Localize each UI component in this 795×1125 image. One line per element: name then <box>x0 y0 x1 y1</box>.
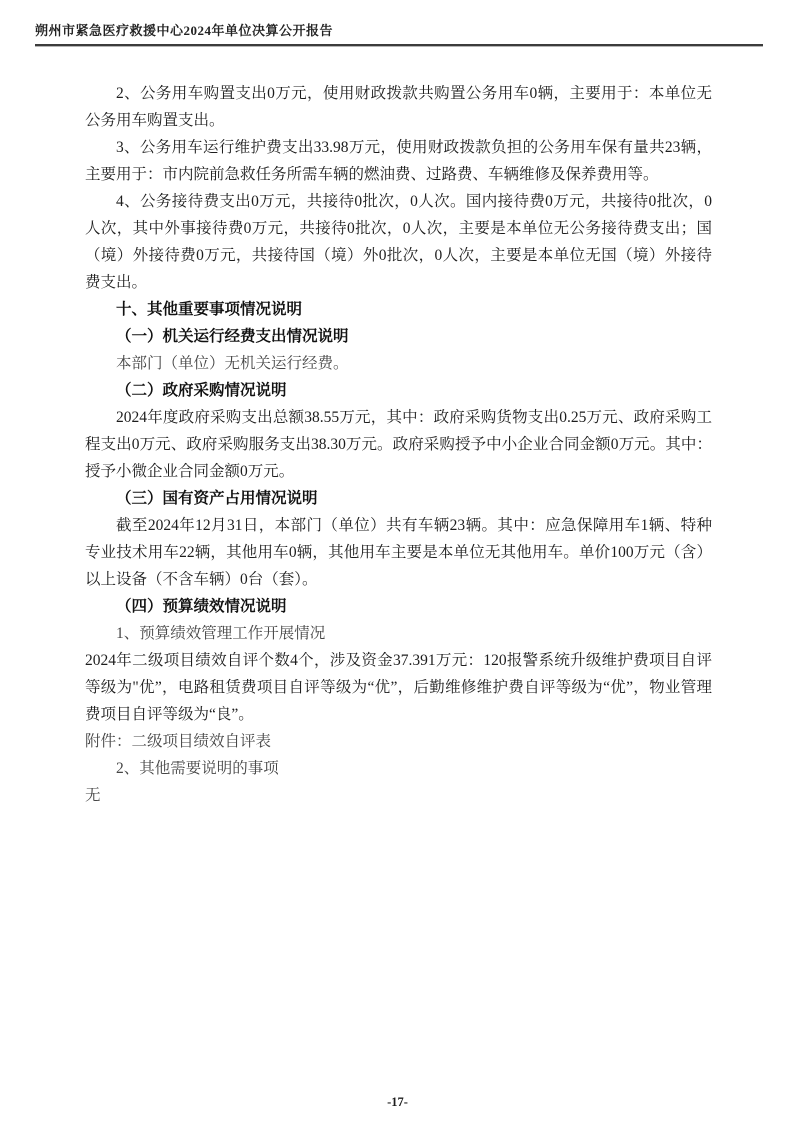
paragraph-none: 无 <box>85 782 712 809</box>
paragraph-state-assets-detail: 截至2024年12月31日，本部门（单位）共有车辆23辆。其中：应急保障用车1辆… <box>85 512 712 593</box>
paragraph-attachment-note: 附件：二级项目绩效自评表 <box>85 728 712 755</box>
heading-subsection-one-operating-expense: （一）机关运行经费支出情况说明 <box>85 323 712 350</box>
document-body: 2、公务用车购置支出0万元，使用财政拨款共购置公务用车0辆，主要用于：本单位无公… <box>85 80 712 809</box>
header-title: 朔州市紧急医疗救援中心2024年单位决算公开报告 <box>35 20 763 39</box>
document-page: 朔州市紧急医疗救援中心2024年单位决算公开报告 2、公务用车购置支出0万元，使… <box>0 0 795 1125</box>
paragraph-official-vehicle-maintenance: 3、公务用车运行维护费支出33.98万元，使用财政拨款负担的公务用车保有量共23… <box>85 134 712 188</box>
heading-subsection-three-state-assets: （三）国有资产占用情况说明 <box>85 485 712 512</box>
heading-subsection-four-budget-performance: （四）预算绩效情况说明 <box>85 593 712 620</box>
paragraph-other-matters: 2、其他需要说明的事项 <box>85 755 712 782</box>
heading-section-ten-other-important-matters: 十、其他重要事项情况说明 <box>85 296 712 323</box>
paragraph-official-vehicle-purchase: 2、公务用车购置支出0万元，使用财政拨款共购置公务用车0辆，主要用于：本单位无公… <box>85 80 712 134</box>
paragraph-performance-self-evaluation: 2024年二级项目绩效自评个数4个，涉及资金37.391万元：120报警系统升级… <box>85 647 712 728</box>
document-header: 朔州市紧急医疗救援中心2024年单位决算公开报告 <box>35 20 763 47</box>
paragraph-official-reception: 4、公务接待费支出0万元，共接待0批次，0人次。国内接待费0万元，共接待0批次，… <box>85 188 712 296</box>
paragraph-performance-management-work: 1、预算绩效管理工作开展情况 <box>85 620 712 647</box>
heading-subsection-two-gov-procurement: （二）政府采购情况说明 <box>85 377 712 404</box>
header-rule <box>35 44 763 47</box>
paragraph-gov-procurement-detail: 2024年度政府采购支出总额38.55万元，其中：政府采购货物支出0.25万元、… <box>85 404 712 485</box>
document-footer: -17- <box>0 1095 795 1110</box>
paragraph-no-operating-expense: 本部门（单位）无机关运行经费。 <box>85 350 712 377</box>
page-number: -17- <box>387 1095 408 1109</box>
